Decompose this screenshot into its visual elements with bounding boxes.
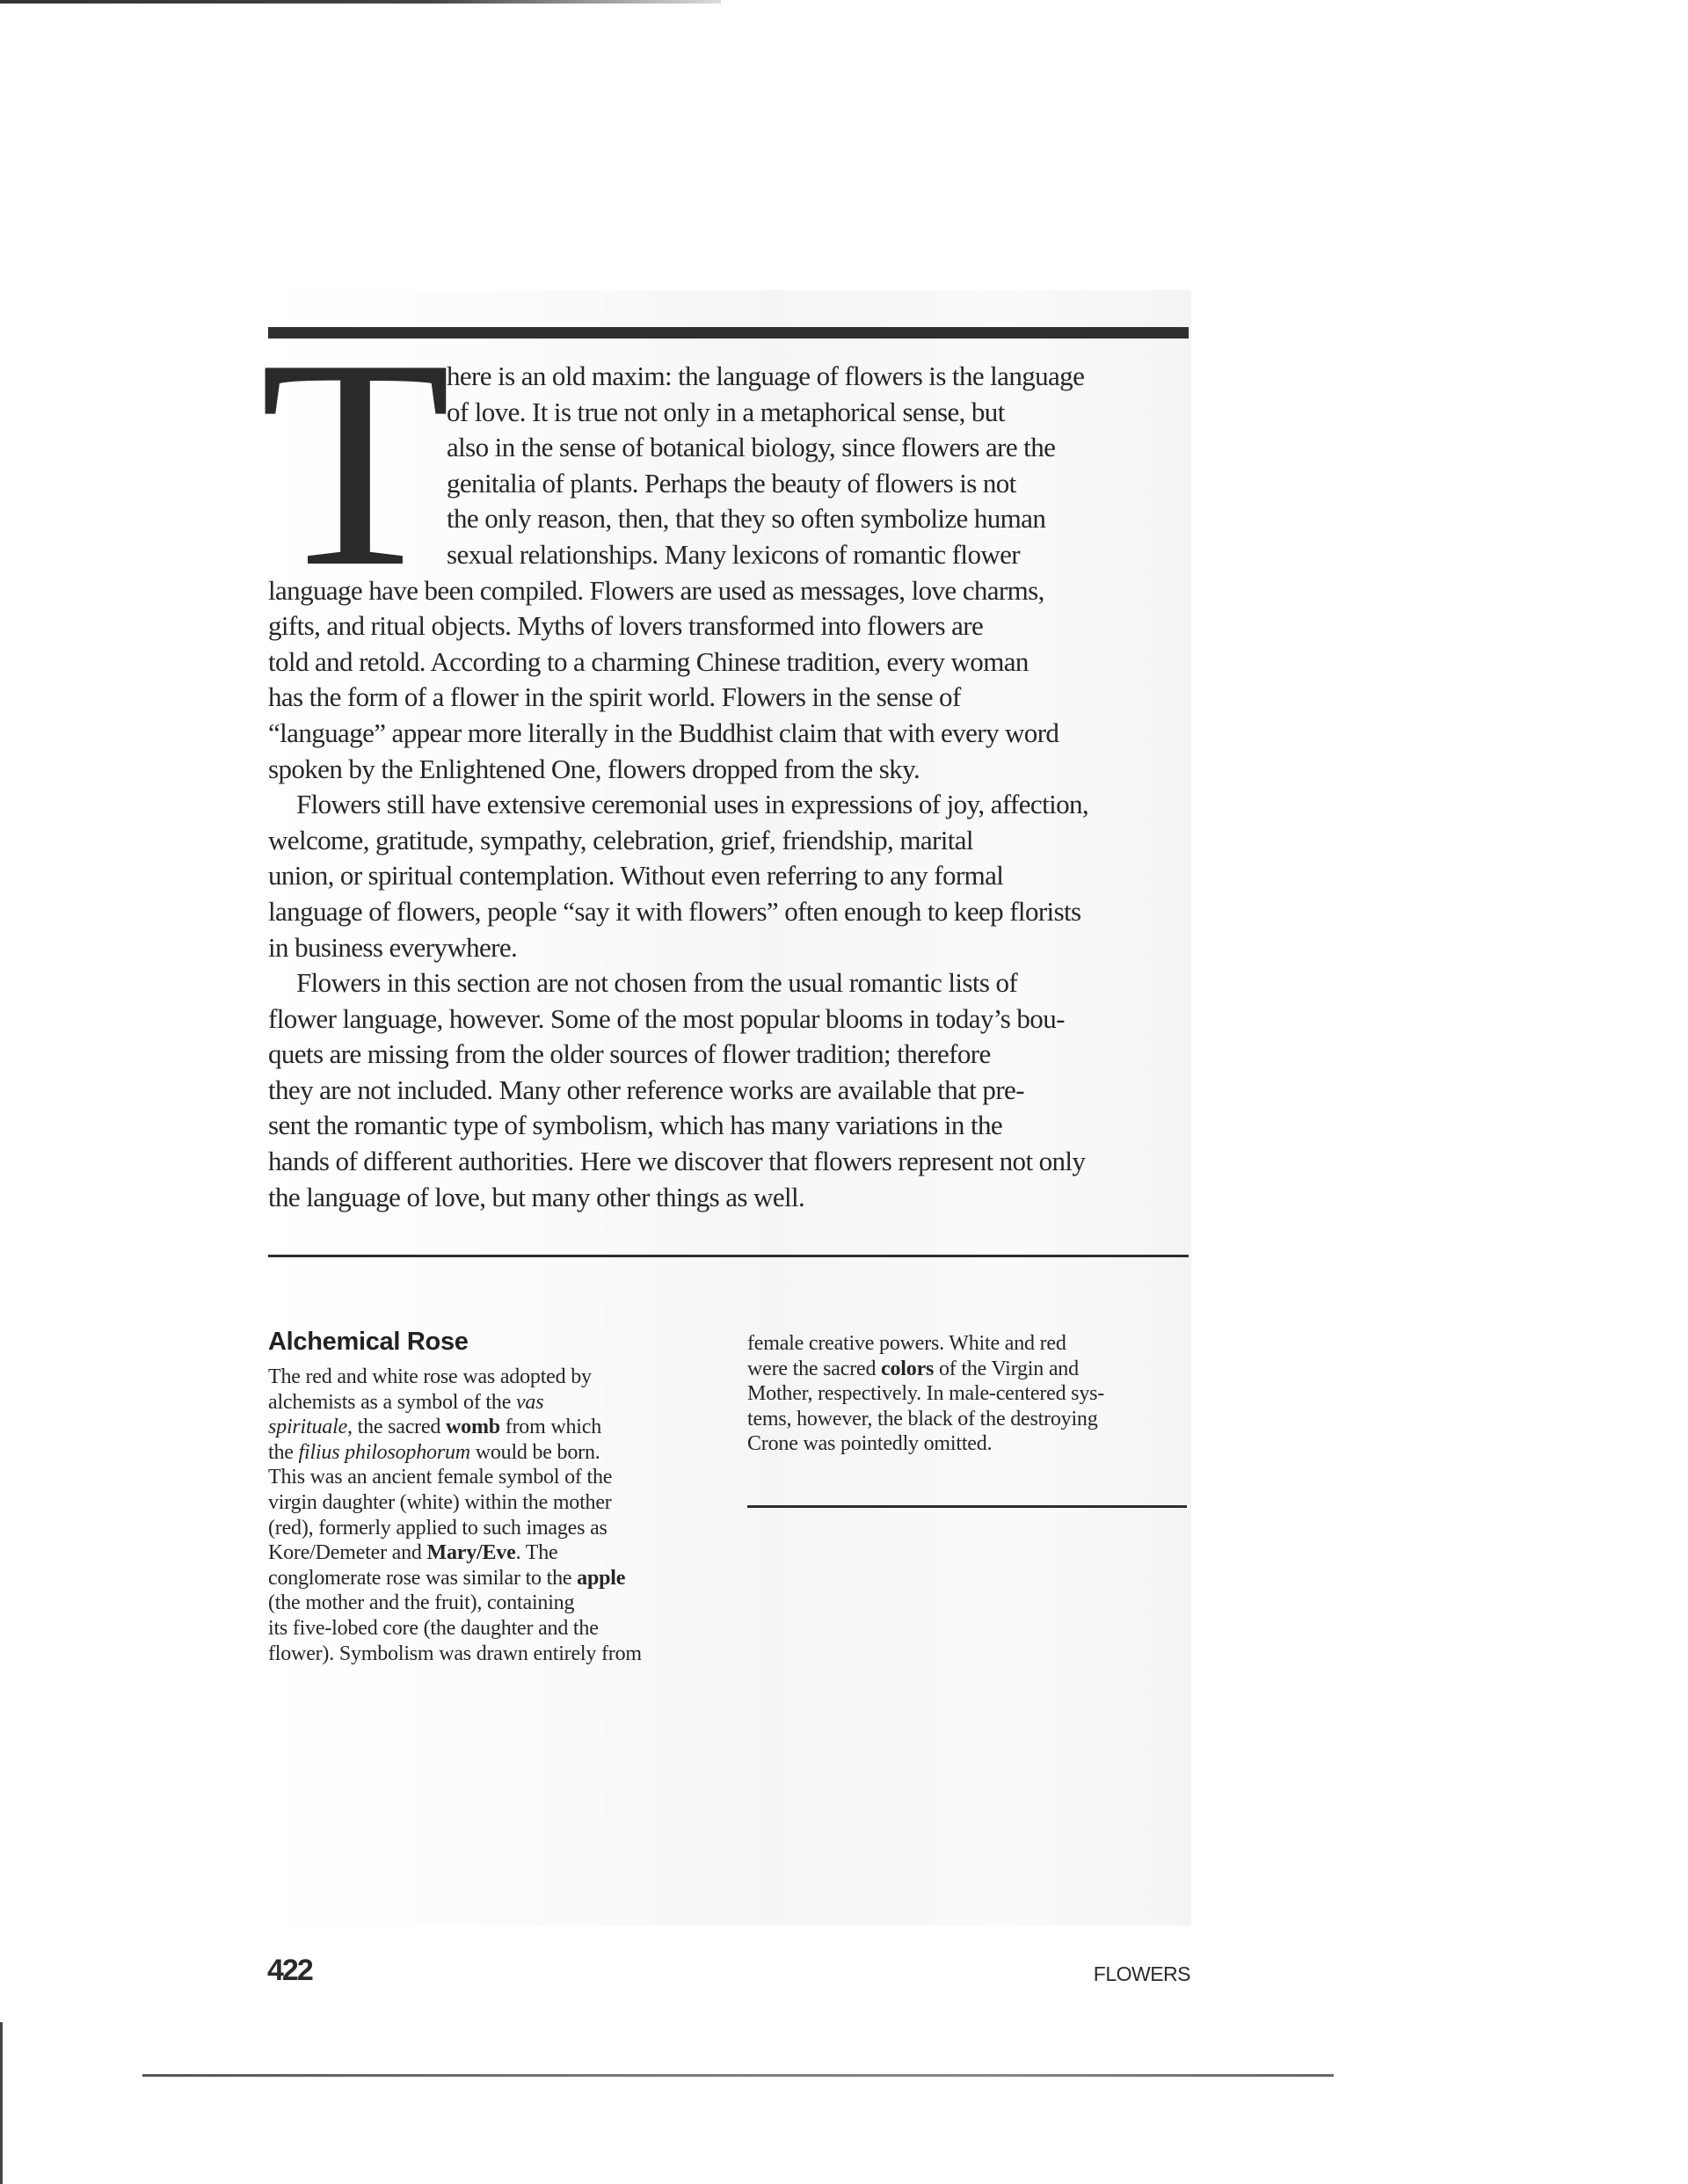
text-line: Mother, respectively. In male-centered s… — [747, 1381, 1191, 1407]
cross-reference: apple — [577, 1567, 625, 1590]
text-line: “language” appear more literally in the … — [268, 716, 1191, 752]
italic-term: vas — [516, 1391, 543, 1414]
text-line: flower). Symbolism was drawn entirely fr… — [268, 1642, 725, 1667]
text-line: were the sacred colors of the Virgin and — [747, 1357, 1191, 1382]
scan-bottom-edge — [142, 2074, 1334, 2077]
text-line: virgin daughter (white) within the mothe… — [268, 1490, 725, 1516]
text-line: language of flowers, people “say it with… — [268, 894, 1191, 930]
text-span: were the sacred — [747, 1358, 881, 1380]
text-span: of the Virgin and — [934, 1358, 1079, 1380]
text-span: the — [268, 1441, 299, 1464]
entry-text: The red and white rose was adopted by al… — [268, 1365, 725, 1666]
text-line: sexual relationships. Many lexicons of r… — [268, 537, 1191, 573]
text-line: This was an ancient female symbol of the — [268, 1465, 725, 1490]
text-span: conglomerate rose was similar to the — [268, 1567, 577, 1590]
entry-end-rule — [747, 1505, 1187, 1508]
text-span: alchemists as a symbol of the — [268, 1391, 516, 1414]
text-line: hands of different authorities. Here we … — [268, 1144, 1191, 1180]
text-line: the filius philosophorum would be born. — [268, 1440, 725, 1466]
text-line: (the mother and the fruit), containing — [268, 1591, 725, 1616]
text-line: welcome, gratitude, sympathy, celebratio… — [268, 823, 1191, 859]
text-line: the only reason, then, that they so ofte… — [268, 501, 1191, 537]
text-line: in business everywhere. — [268, 930, 1191, 966]
cross-reference: Mary/Eve — [427, 1541, 516, 1564]
text-line: alchemists as a symbol of the vas — [268, 1390, 725, 1416]
text-span: from which — [500, 1416, 601, 1438]
text-line: its five-lobed core (the daughter and th… — [268, 1616, 725, 1642]
entry-text-continued: female creative powers. White and red we… — [747, 1331, 1191, 1457]
text-line: told and retold. According to a charming… — [268, 644, 1191, 681]
cross-reference: womb — [446, 1416, 500, 1438]
text-span: would be born. — [470, 1441, 600, 1464]
page-number: 422 — [267, 1954, 312, 1988]
text-line: The red and white rose was adopted by — [268, 1365, 725, 1390]
entry-left-column: Alchemical Rose The red and white rose w… — [268, 1326, 725, 1666]
text-line: language have been compiled. Flowers are… — [268, 573, 1191, 609]
scan-left-edge — [0, 2022, 3, 2184]
text-line: (red), formerly applied to such images a… — [268, 1516, 725, 1541]
text-line: female creative powers. White and red — [747, 1331, 1191, 1357]
text-line: genitalia of plants. Perhaps the beauty … — [268, 466, 1191, 502]
text-line: Flowers in this section are not chosen f… — [268, 965, 1191, 1001]
text-line: flower language, however. Some of the mo… — [268, 1001, 1191, 1037]
text-span: Kore/Demeter and — [268, 1541, 427, 1564]
text-line: here is an old maxim: the language of fl… — [268, 359, 1191, 395]
text-line: Kore/Demeter and Mary/Eve. The — [268, 1540, 725, 1566]
text-line: gifts, and ritual objects. Myths of love… — [268, 608, 1191, 644]
text-line: union, or spiritual contemplation. Witho… — [268, 858, 1191, 894]
text-span: . The — [516, 1541, 558, 1564]
text-line: spoken by the Enlightened One, flowers d… — [268, 752, 1191, 788]
text-line: sent the romantic type of symbolism, whi… — [268, 1108, 1191, 1144]
intro-text: here is an old maxim: the language of fl… — [268, 359, 1191, 1215]
section-divider-rule — [268, 1255, 1189, 1257]
text-line: Flowers still have extensive ceremonial … — [268, 787, 1191, 823]
cross-reference: colors — [881, 1358, 934, 1380]
text-line: tems, however, the black of the destroyi… — [747, 1407, 1191, 1432]
scan-top-edge — [0, 0, 721, 4]
text-line: spirituale, the sacred womb from which — [268, 1415, 725, 1440]
entry-heading: Alchemical Rose — [268, 1326, 725, 1358]
text-span: , the sacred — [347, 1416, 446, 1438]
text-line: they are not included. Many other refere… — [268, 1073, 1191, 1109]
text-line: has the form of a flower in the spirit w… — [268, 680, 1191, 716]
text-line: conglomerate rose was similar to the app… — [268, 1566, 725, 1591]
text-line: quets are missing from the older sources… — [268, 1037, 1191, 1073]
text-line: also in the sense of botanical biology, … — [268, 430, 1191, 466]
text-line: Crone was pointedly omitted. — [747, 1431, 1191, 1457]
running-footer-title: FLOWERS — [1090, 1962, 1190, 1986]
entry-right-column: female creative powers. White and red we… — [747, 1331, 1191, 1457]
text-line: the language of love, but many other thi… — [268, 1180, 1191, 1216]
text-line: of love. It is true not only in a metaph… — [268, 395, 1191, 431]
italic-term: filius philosophorum — [299, 1441, 470, 1464]
italic-term: spirituale — [268, 1416, 347, 1438]
